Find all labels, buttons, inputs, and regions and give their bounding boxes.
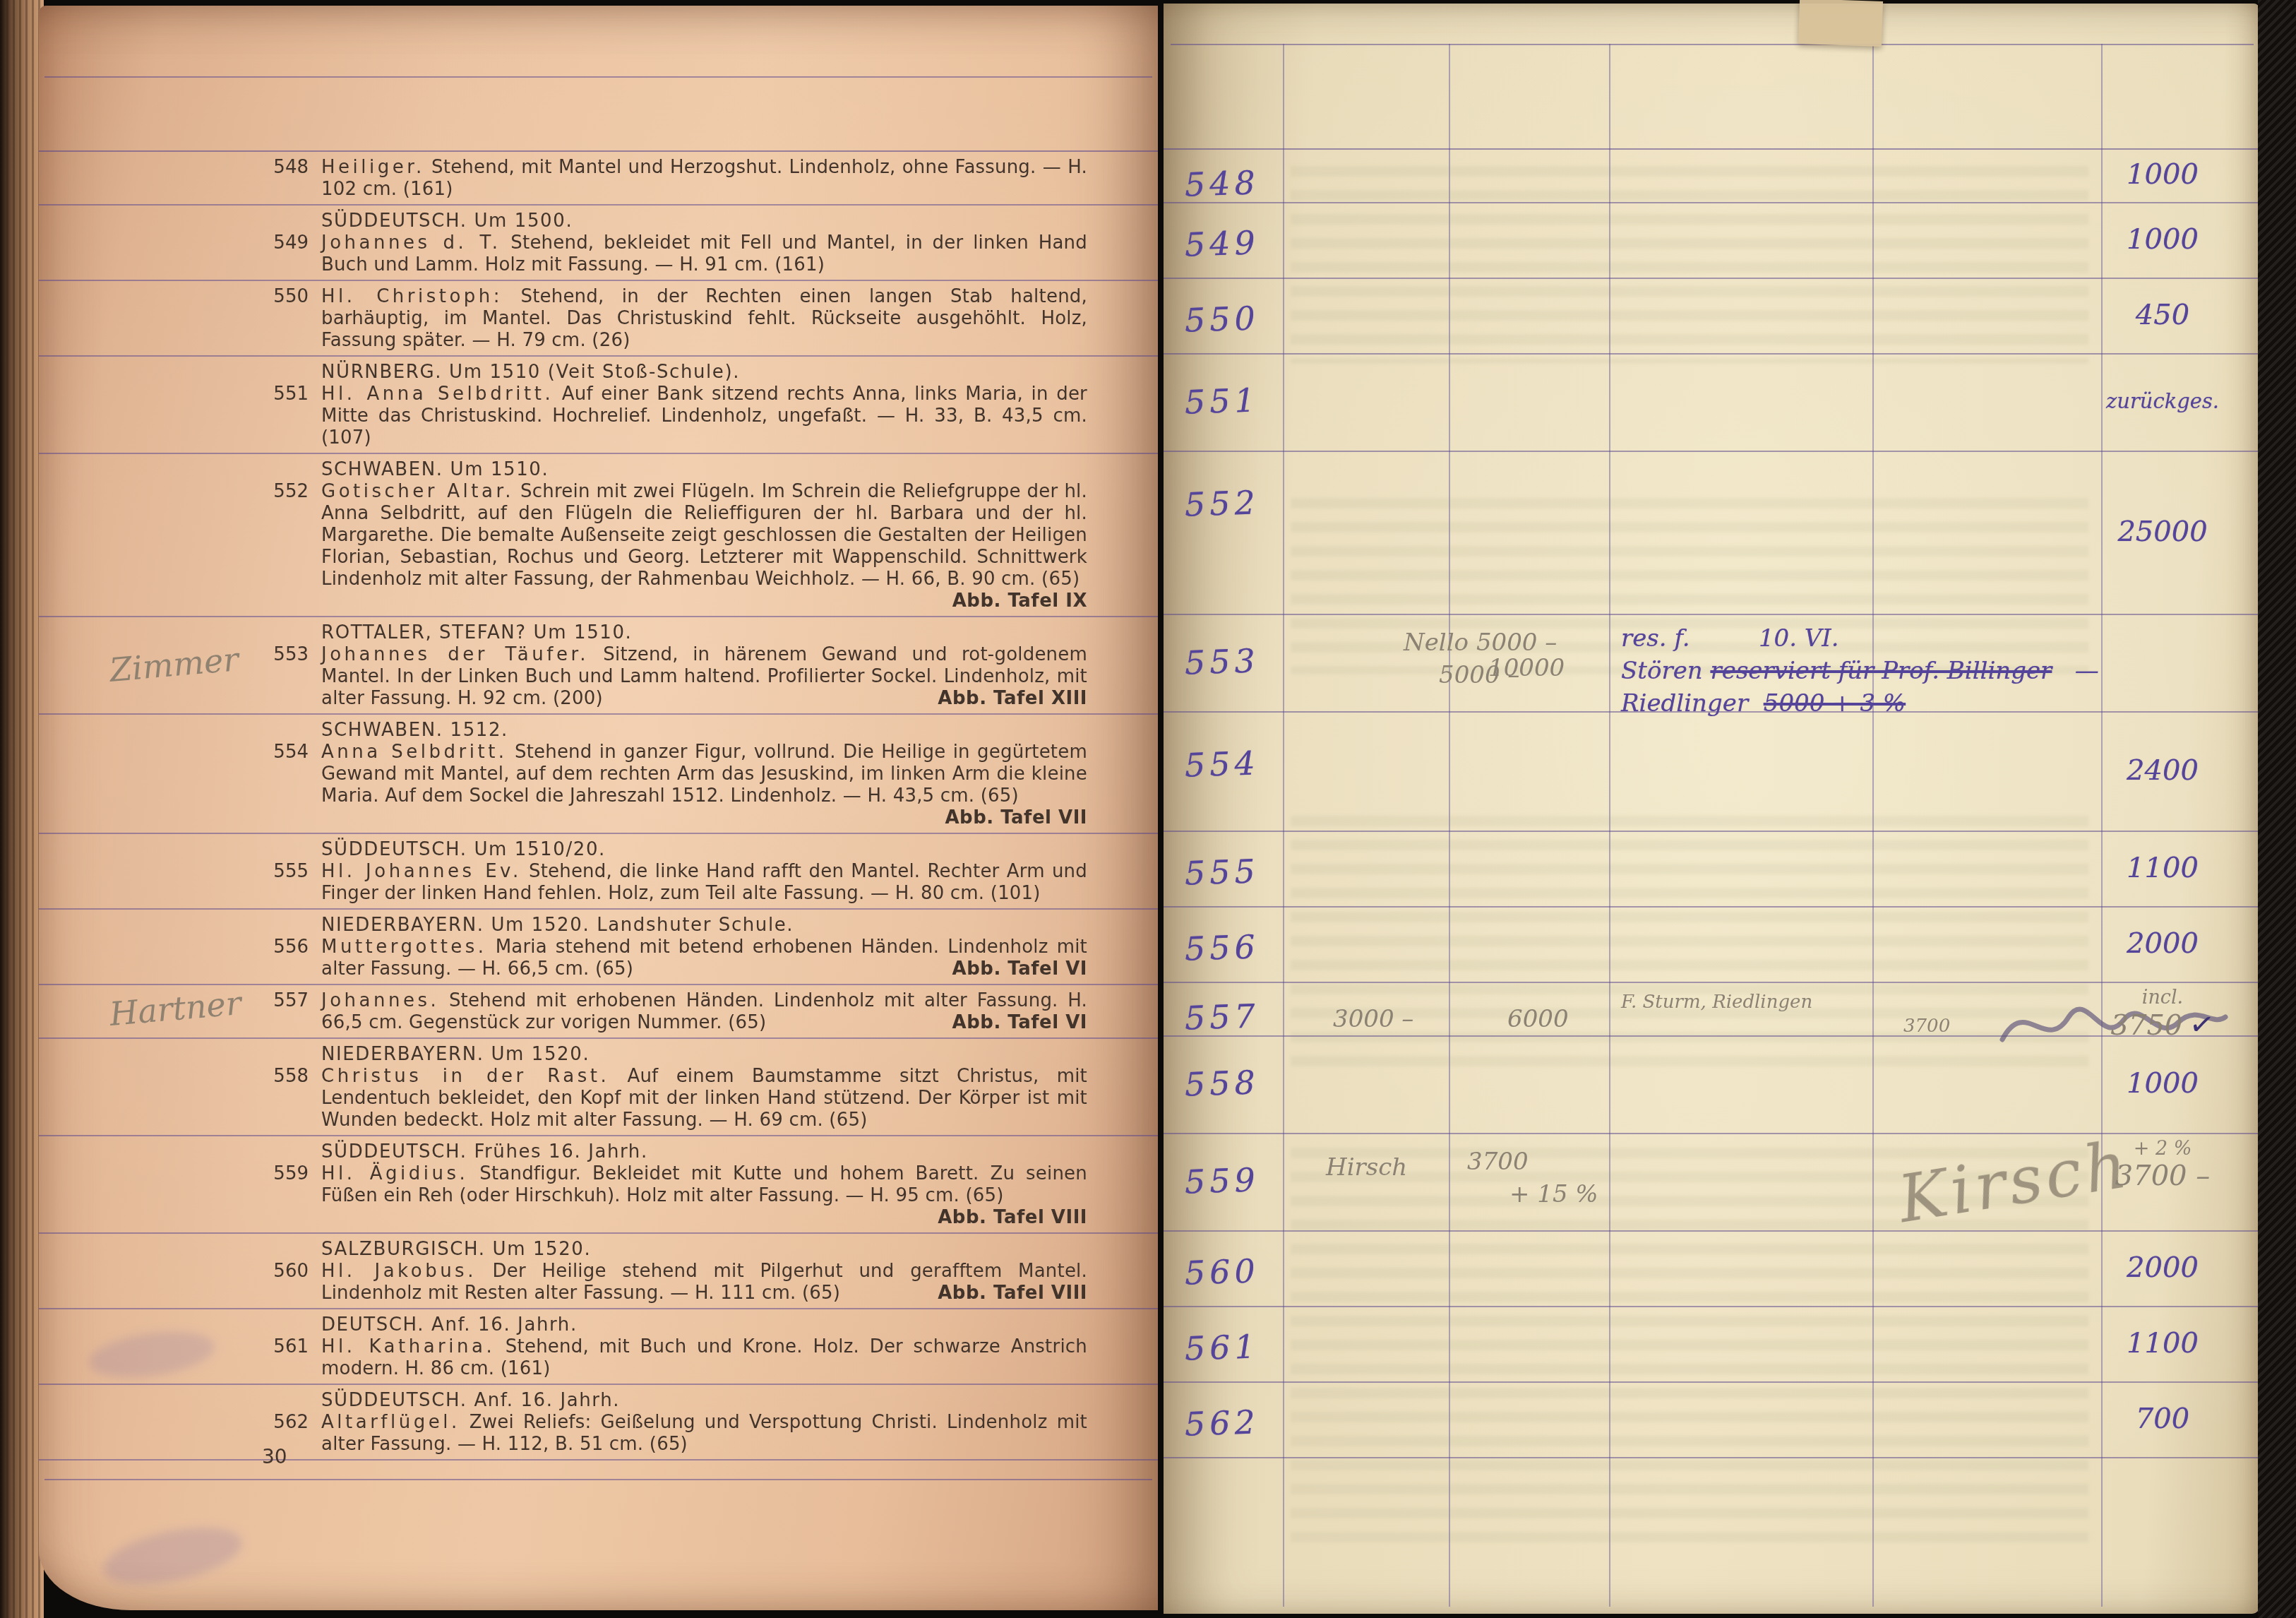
ledger-row: 5602000 xyxy=(1164,1232,2259,1307)
ledger-price: 1100 xyxy=(2095,1327,2230,1360)
ledger-note: Stören reserviert für Prof. Billinger — xyxy=(1621,655,2099,687)
ledger-row: 5542400 xyxy=(1164,713,2259,832)
catalog-entry: NIEDERBAYERN. Um 1520. 558 Christus in d… xyxy=(39,1039,1158,1136)
catalog-entry: ZimmerROTTALER, STEFAN? Um 1510. 553 Joh… xyxy=(39,617,1158,715)
ledger-note: 3700 xyxy=(1467,1146,1598,1178)
ledger-col-estimate: 3000 – xyxy=(1312,1003,1413,1035)
entry-text: Hl. Jakobus. Der Heilige stehend mit Pil… xyxy=(321,1261,1087,1304)
ledger-row: 5573000 –6000F. Sturm, Riedlingen3700 in… xyxy=(1164,983,2259,1037)
entry-heading: NÜRNBERG. Um 1510 (Veit Stoß-Schule). xyxy=(321,362,1087,383)
ledger-col-limit: 6000 xyxy=(1467,1003,1569,1035)
ledger-row: 5491000 xyxy=(1164,203,2259,279)
entry-title: Muttergottes. xyxy=(321,936,487,958)
ledger-lot-number: 556 xyxy=(1184,927,1260,968)
ledger-row: 559Hirsch3700+ 15 %Kirsch+ 2 %3700 – xyxy=(1164,1134,2259,1232)
entry-text: Altarflügel. Zwei Reliefs: Geißelung und… xyxy=(321,1412,1087,1456)
entry-text: Heiliger. Stehend, mit Mantel und Herzog… xyxy=(321,157,1087,201)
plate-reference: Abb. Tafel VIII xyxy=(938,1283,1087,1304)
entry-heading: NIEDERBAYERN. Um 1520. Landshuter Schule… xyxy=(321,915,1087,936)
entry-title: Hl. Johannes Ev. xyxy=(321,861,522,882)
tape-repair xyxy=(1798,0,1883,47)
ledger-note: + 15 % xyxy=(1509,1178,1598,1210)
plate-reference: Abb. Tafel XIII xyxy=(938,688,1087,710)
ledger-lot-number: 560 xyxy=(1184,1251,1260,1292)
entry-text: Anna Selbdritt. Stehend in ganzer Figur,… xyxy=(321,742,1087,829)
ledger-col-limit: 10000 xyxy=(1467,652,1565,684)
entry-text: Muttergottes. Maria stehend mit betend e… xyxy=(321,936,1087,980)
plate-reference: Abb. Tafel VI xyxy=(952,958,1087,980)
entry-title: Johannes der Täufer. xyxy=(321,644,589,665)
book-cover-edge xyxy=(2258,0,2296,1618)
catalog-entry: 550 Hl. Christoph: Stehend, in der Recht… xyxy=(39,281,1158,357)
catalog-entry: NIEDERBAYERN. Um 1520. Landshuter Schule… xyxy=(39,910,1158,985)
entry-text: Johannes d. T. Stehend, bekleidet mit Fe… xyxy=(321,232,1087,276)
bottom-rule xyxy=(44,1479,1152,1480)
entry-heading: SALZBURGISCH. Um 1520. xyxy=(321,1239,1087,1261)
entry-number: 555 xyxy=(39,861,321,905)
ledger-note: res. f. 10. VI. xyxy=(1621,622,2099,655)
ledger-row: 562700 xyxy=(1164,1383,2259,1458)
entry-title: Heiliger. xyxy=(321,157,425,178)
ledger-lot-number: 557 xyxy=(1184,997,1260,1037)
ledger-note: 6000 xyxy=(1507,1003,1569,1035)
entry-number: 558 xyxy=(39,1066,321,1131)
ledger-price: incl.3750✓ xyxy=(2095,987,2230,1042)
entry-heading: ROTTALER, STEFAN? Um 1510. xyxy=(321,622,1087,644)
entry-number: 552 xyxy=(39,481,321,612)
ledger-price: 700 xyxy=(2095,1403,2230,1435)
entry-heading: SÜDDEUTSCH. Um 1510/20. xyxy=(321,839,1087,861)
entry-text: Hl. Ägidius. Standfigur. Bekleidet mit K… xyxy=(321,1163,1087,1229)
catalog-entry: 548 Heiliger. Stehend, mit Mantel und He… xyxy=(39,152,1158,206)
entry-heading: SÜDDEUTSCH. Um 1500. xyxy=(321,210,1087,232)
entry-number: 549 xyxy=(39,232,321,276)
catalog-entry: Hartner 557 Johannes. Stehend mit erhobe… xyxy=(39,985,1158,1039)
ledger-note: F. Sturm, Riedlingen xyxy=(1621,990,1950,1014)
entry-title: Hl. Anna Selbdritt. xyxy=(321,383,554,405)
ledger-lot-number: 559 xyxy=(1184,1160,1260,1201)
ledger-lot-number: 552 xyxy=(1184,483,1260,524)
entry-title: Hl. Katharina. xyxy=(321,1336,495,1357)
ledger-row: 5611100 xyxy=(1164,1307,2259,1383)
ledger-note: 3000 – xyxy=(1333,1003,1413,1035)
ledger-price: 2000 xyxy=(2095,927,2230,960)
entry-number: 554 xyxy=(39,742,321,829)
entry-number: 559 xyxy=(39,1163,321,1229)
entry-text: Hl. Anna Selbdritt. Auf einer Bank sitze… xyxy=(321,383,1087,449)
ledger-col-remarks: F. Sturm, Riedlingen3700 xyxy=(1621,990,1950,1038)
entry-number: 550 xyxy=(39,286,321,352)
page-number: 30 xyxy=(262,1445,287,1468)
ink-smudge xyxy=(99,1517,247,1595)
entry-heading: SÜDDEUTSCH. Anf. 16. Jahrh. xyxy=(321,1390,1087,1412)
catalog-entries: 548 Heiliger. Stehend, mit Mantel und He… xyxy=(39,150,1158,1461)
plate-reference: Abb. Tafel VII xyxy=(945,807,1087,829)
entry-title: Gotischer Altar. xyxy=(321,481,514,502)
ledger-row: 5481000 xyxy=(1164,150,2259,203)
ledger-price: + 2 %3700 – xyxy=(2095,1138,2230,1192)
ledger-price: 1100 xyxy=(2095,852,2230,884)
entry-title: Anna Selbdritt. xyxy=(321,742,508,763)
ledger-price: 1000 xyxy=(2095,223,2230,256)
ledger-lot-number: 548 xyxy=(1184,163,1260,204)
ledger-price-note: + 2 % xyxy=(2095,1138,2230,1160)
catalog-entry: SCHWABEN. 1512. 554 Anna Selbdritt. Steh… xyxy=(39,715,1158,834)
ledger-row: 5551100 xyxy=(1164,832,2259,908)
ledger-row: 55225000 xyxy=(1164,452,2259,615)
entry-title: Johannes d. T. xyxy=(321,232,501,254)
ledger-lot-number: 562 xyxy=(1184,1403,1260,1444)
ledger-lot-number: 549 xyxy=(1184,223,1260,264)
ledger-price: 450 xyxy=(2095,299,2230,331)
entry-text: Christus in der Rast. Auf einem Baumstam… xyxy=(321,1066,1087,1131)
entry-heading: SCHWABEN. 1512. xyxy=(321,720,1087,742)
ledger-price: 2000 xyxy=(2095,1251,2230,1284)
page-stack-edge xyxy=(0,0,44,1618)
entry-heading: DEUTSCH. Anf. 16. Jahrh. xyxy=(321,1314,1087,1336)
ledger-lot-number: 551 xyxy=(1184,381,1260,422)
ledger-row: 553Nello 5000 –5000 –10000res. f. 10. VI… xyxy=(1164,615,2259,713)
catalog-page: 548 Heiliger. Stehend, mit Mantel und He… xyxy=(39,6,1158,1610)
catalog-entry: SÜDDEUTSCH. Um 1510/20. 555 Hl. Johannes… xyxy=(39,834,1158,910)
ledger-rows: 54810005491000550450551zurückges.5522500… xyxy=(1164,148,2259,1458)
plate-reference: Abb. Tafel VI xyxy=(952,1012,1087,1034)
entry-title: Hl. Christoph: xyxy=(321,286,503,307)
entry-heading: NIEDERBAYERN. Um 1520. xyxy=(321,1044,1087,1066)
entry-heading: SÜDDEUTSCH. Frühes 16. Jahrh. xyxy=(321,1141,1087,1163)
ledger-col-remarks: res. f. 10. VI.Stören reserviert für Pro… xyxy=(1621,622,2099,720)
entry-number: 551 xyxy=(39,383,321,449)
ledger-col-estimate: Hirsch xyxy=(1312,1151,1407,1184)
entry-text: Gotischer Altar. Schrein mit zwei Flügel… xyxy=(321,481,1087,612)
entry-text: Hl. Johannes Ev. Stehend, die linke Hand… xyxy=(321,861,1087,905)
entry-text: Johannes der Täufer. Sitzend, in härenem… xyxy=(321,644,1087,710)
ledger-price: 2400 xyxy=(2095,754,2230,787)
ledger-price: 25000 xyxy=(2095,516,2230,548)
entry-text: Johannes. Stehend mit erhobenen Händen. … xyxy=(321,990,1087,1034)
catalog-entry: SÜDDEUTSCH. Frühes 16. Jahrh. 559 Hl. Äg… xyxy=(39,1136,1158,1234)
catalog-entry: SCHWABEN. Um 1510. 552 Gotischer Altar. … xyxy=(39,454,1158,617)
ledger-header-rule xyxy=(1171,44,2254,45)
catalog-entry: SÜDDEUTSCH. Anf. 16. Jahrh. 562 Altarflü… xyxy=(39,1385,1158,1461)
ledger-lot-number: 554 xyxy=(1184,744,1260,785)
entry-title: Hl. Ägidius. xyxy=(321,1163,468,1184)
ledger-lot-number: 561 xyxy=(1184,1327,1260,1368)
entry-number: 548 xyxy=(39,157,321,201)
entry-number: 560 xyxy=(39,1261,321,1304)
ledger-price: zurückges. xyxy=(2095,385,2230,417)
entry-number: 556 xyxy=(39,936,321,980)
auction-catalog-scan: 548 Heiliger. Stehend, mit Mantel und He… xyxy=(0,0,2296,1618)
entry-title: Hl. Jakobus. xyxy=(321,1261,477,1282)
ledger-row: 5581000 xyxy=(1164,1037,2259,1134)
ledger-price-note: incl. xyxy=(2095,987,2230,1009)
catalog-entry: NÜRNBERG. Um 1510 (Veit Stoß-Schule). 55… xyxy=(39,357,1158,454)
ledger-row: 5562000 xyxy=(1164,908,2259,983)
ledger-price: 1000 xyxy=(2095,1067,2230,1100)
catalog-entry: SÜDDEUTSCH. Um 1500. 549 Johannes d. T. … xyxy=(39,206,1158,281)
ledger-lot-number: 550 xyxy=(1184,299,1260,340)
plate-reference: Abb. Tafel IX xyxy=(952,590,1087,612)
entry-text: Hl. Katharina. Stehend, mit Buch und Kro… xyxy=(321,1336,1087,1380)
ledger-col-limit: 3700+ 15 % xyxy=(1467,1146,1598,1210)
ledger-lot-number: 555 xyxy=(1184,852,1260,893)
ledger-row: 551zurückges. xyxy=(1164,355,2259,452)
ledger-row: 550450 xyxy=(1164,279,2259,355)
ledger-lot-number: 553 xyxy=(1184,641,1260,682)
ledger-note: Hirsch xyxy=(1326,1151,1407,1184)
ledger-lot-number: 558 xyxy=(1184,1063,1260,1104)
ledger-price: 1000 xyxy=(2095,158,2230,191)
entry-title: Christus in der Rast. xyxy=(321,1066,609,1087)
header-rule xyxy=(44,76,1152,78)
entry-title: Johannes. xyxy=(321,990,439,1011)
ledger-page: 54810005491000550450551zurückges.5522500… xyxy=(1164,4,2259,1614)
ledger-note: 3700 xyxy=(1903,1014,1950,1038)
catalog-entry: SALZBURGISCH. Um 1520. 560 Hl. Jakobus. … xyxy=(39,1234,1158,1309)
entry-heading: SCHWABEN. Um 1510. xyxy=(321,459,1087,481)
plate-reference: Abb. Tafel VIII xyxy=(938,1207,1087,1229)
ledger-note: 10000 xyxy=(1488,652,1565,684)
entry-title: Altarflügel. xyxy=(321,1412,460,1433)
entry-text: Hl. Christoph: Stehend, in der Rechten e… xyxy=(321,286,1087,352)
